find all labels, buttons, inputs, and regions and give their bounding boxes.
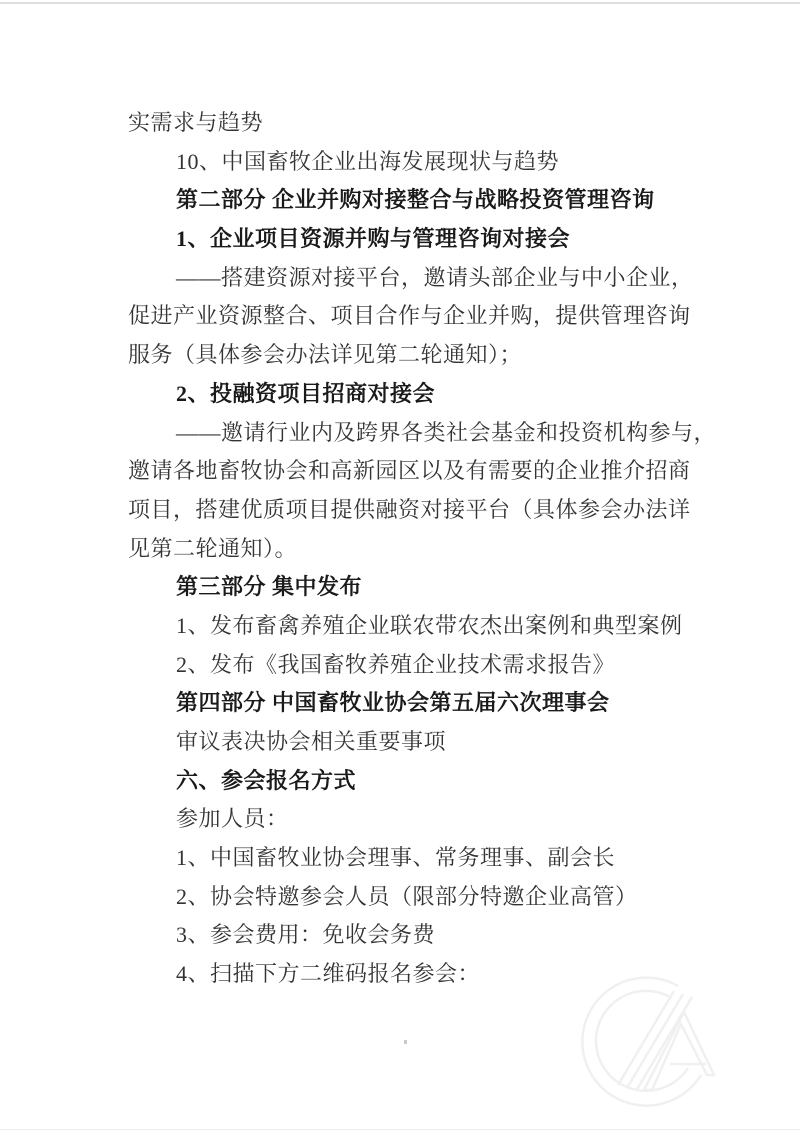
doc-line: 参加人员： — [128, 800, 728, 839]
doc-line: 2、发布《我国畜牧养殖企业技术需求报告》 — [128, 646, 728, 685]
doc-line: 3、参会费用：免收会务费 — [128, 916, 728, 955]
doc-line: 邀请各地畜牧协会和高新园区以及有需要的企业推介招商 — [128, 452, 728, 491]
doc-subheading: 2、投融资项目招商对接会 — [128, 375, 728, 414]
doc-subheading: 1、企业项目资源并购与管理咨询对接会 — [128, 220, 728, 259]
doc-line: 实需求与趋势 — [128, 104, 728, 143]
doc-line: 1、中国畜牧业协会理事、常务理事、副会长 — [128, 839, 728, 878]
doc-heading-part4: 第四部分 中国畜牧业协会第五届六次理事会 — [128, 684, 728, 723]
document-page: 实需求与趋势 10、中国畜牧企业出海发展现状与趋势 第二部分 企业并购对接整合与… — [0, 0, 800, 1131]
scan-artifact-dot — [404, 1040, 407, 1044]
doc-heading-section6: 六、参会报名方式 — [128, 762, 728, 801]
document-text-block: 实需求与趋势 10、中国畜牧企业出海发展现状与趋势 第二部分 企业并购对接整合与… — [128, 104, 728, 994]
doc-line: ——邀请行业内及跨界各类社会基金和投资机构参与， — [128, 414, 728, 453]
doc-line: 项目，搭建优质项目提供融资对接平台（具体参会办法详 — [128, 491, 728, 530]
doc-line: 1、发布畜禽养殖企业联农带农杰出案例和典型案例 — [128, 607, 728, 646]
doc-line: 服务（具体参会办法详见第二轮通知）； — [128, 336, 728, 375]
doc-line: 10、中国畜牧企业出海发展现状与趋势 — [128, 143, 728, 182]
doc-line: 2、协会特邀参会人员（限部分特邀企业高管） — [128, 878, 728, 917]
scan-edge-bottom-line — [0, 1129, 800, 1130]
scan-edge-top-line — [0, 2, 800, 4]
doc-line: 审议表决协会相关重要事项 — [128, 723, 728, 762]
doc-line: 促进产业资源整合、项目合作与企业并购，提供管理咨询 — [128, 297, 728, 336]
doc-line: 见第二轮通知）。 — [128, 530, 728, 569]
association-logo-watermark — [580, 972, 725, 1112]
doc-line: ——搭建资源对接平台，邀请头部企业与中小企业， — [128, 259, 728, 298]
doc-heading-part3: 第三部分 集中发布 — [128, 568, 728, 607]
doc-heading-part2: 第二部分 企业并购对接整合与战略投资管理咨询 — [128, 181, 728, 220]
